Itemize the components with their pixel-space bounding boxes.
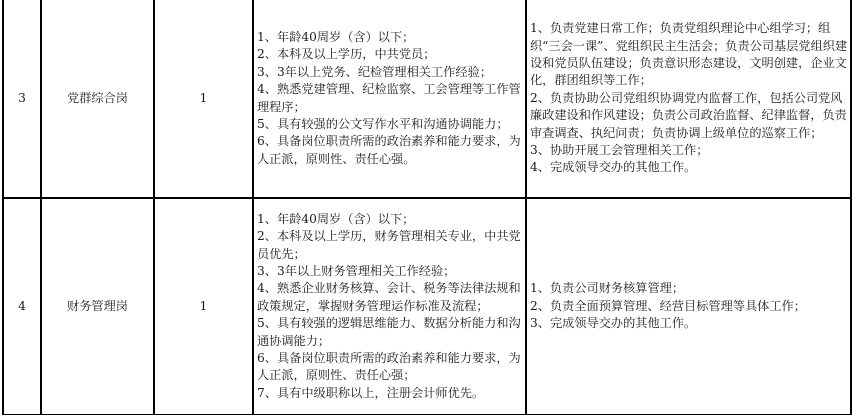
requirement-item: 4、熟悉党建管理、纪检监察、工会管理等工作管理程序；: [257, 81, 523, 116]
requirement-item: 3、3年以上党务、纪检管理相关工作经验；: [257, 64, 523, 81]
table-row: 3 党群综合岗 1 1、年龄40周岁（含）以下； 2、本科及以上学历，中共党员；…: [3, 0, 851, 198]
requirements-cell: 1、年龄40周岁（含）以下； 2、本科及以上学历，中共党员； 3、3年以上党务、…: [253, 0, 526, 198]
duty-item: 2、负责协助公司党组织协调党内监督工作，包括公司党风廉政建设和作风建设；负责公司…: [530, 90, 848, 142]
headcount-cell: 1: [154, 0, 253, 198]
duties-cell: 1、负责公司财务核算管理； 2、负责全面预算管理、经营目标管理等具体工作； 3、…: [526, 198, 851, 415]
requirements-list: 1、年龄40周岁（含）以下； 2、本科及以上学历，财务管理相关专业，中共党员优先…: [254, 211, 525, 402]
requirement-item: 5、具有较强的公文写作水平和沟通协调能力；: [257, 116, 523, 133]
duties-cell: 1、负责党建日常工作；负责党组织理论中心组学习；组织“三会一课”、党组织民主生活…: [526, 0, 851, 198]
headcount-cell: 1: [154, 198, 253, 415]
position-name-cell: 党群综合岗: [41, 0, 154, 198]
requirements-cell: 1、年龄40周岁（含）以下； 2、本科及以上学历，财务管理相关专业，中共党员优先…: [253, 198, 526, 415]
duty-item: 1、负责党建日常工作；负责党组织理论中心组学习；组织“三会一课”、党组织民主生活…: [530, 20, 848, 90]
requirement-item: 6、具备岗位职责所需的政治素养和能力要求，为人正派，原则性、责任心强。: [257, 133, 523, 168]
duty-item: 1、负责公司财务核算管理；: [530, 280, 848, 297]
requirements-list: 1、年龄40周岁（含）以下； 2、本科及以上学历，中共党员； 3、3年以上党务、…: [254, 29, 525, 168]
requirement-item: 3、3年以上财务管理相关工作经验；: [257, 263, 523, 280]
job-positions-table: 3 党群综合岗 1 1、年龄40周岁（含）以下； 2、本科及以上学历，中共党员；…: [2, 0, 852, 415]
duty-item: 3、协助开展工会管理相关工作；: [530, 142, 848, 159]
row-index-cell: 4: [3, 198, 41, 415]
row-index-cell: 3: [3, 0, 41, 198]
requirement-item: 1、年龄40周岁（含）以下；: [257, 211, 523, 228]
position-name-cell: 财务管理岗: [41, 198, 154, 415]
duty-item: 4、完成领导交办的其他工作。: [530, 159, 848, 176]
requirement-item: 6、具备岗位职责所需的政治素养和能力要求，为人正派，原则性、责任心强；: [257, 350, 523, 385]
duties-list: 1、负责公司财务核算管理； 2、负责全面预算管理、经营目标管理等具体工作； 3、…: [527, 280, 850, 332]
requirement-item: 7、具有中级职称以上，注册会计师优先。: [257, 385, 523, 402]
table-row: 4 财务管理岗 1 1、年龄40周岁（含）以下； 2、本科及以上学历，财务管理相…: [3, 198, 851, 415]
requirement-item: 2、本科及以上学历，财务管理相关专业，中共党员优先；: [257, 228, 523, 263]
requirement-item: 1、年龄40周岁（含）以下；: [257, 29, 523, 46]
requirement-item: 4、熟悉企业财务核算、会计、税务等法律法规和政策规定，掌握财务管理运作标准及流程…: [257, 280, 523, 315]
requirement-item: 5、具有较强的逻辑思维能力、数据分析能力和沟通协调能力；: [257, 315, 523, 350]
requirement-item: 2、本科及以上学历，中共党员；: [257, 46, 523, 63]
duty-item: 2、负责全面预算管理、经营目标管理等具体工作；: [530, 298, 848, 315]
duty-item: 3、完成领导交办的其他工作。: [530, 315, 848, 332]
duties-list: 1、负责党建日常工作；负责党组织理论中心组学习；组织“三会一课”、党组织民主生活…: [527, 20, 850, 177]
